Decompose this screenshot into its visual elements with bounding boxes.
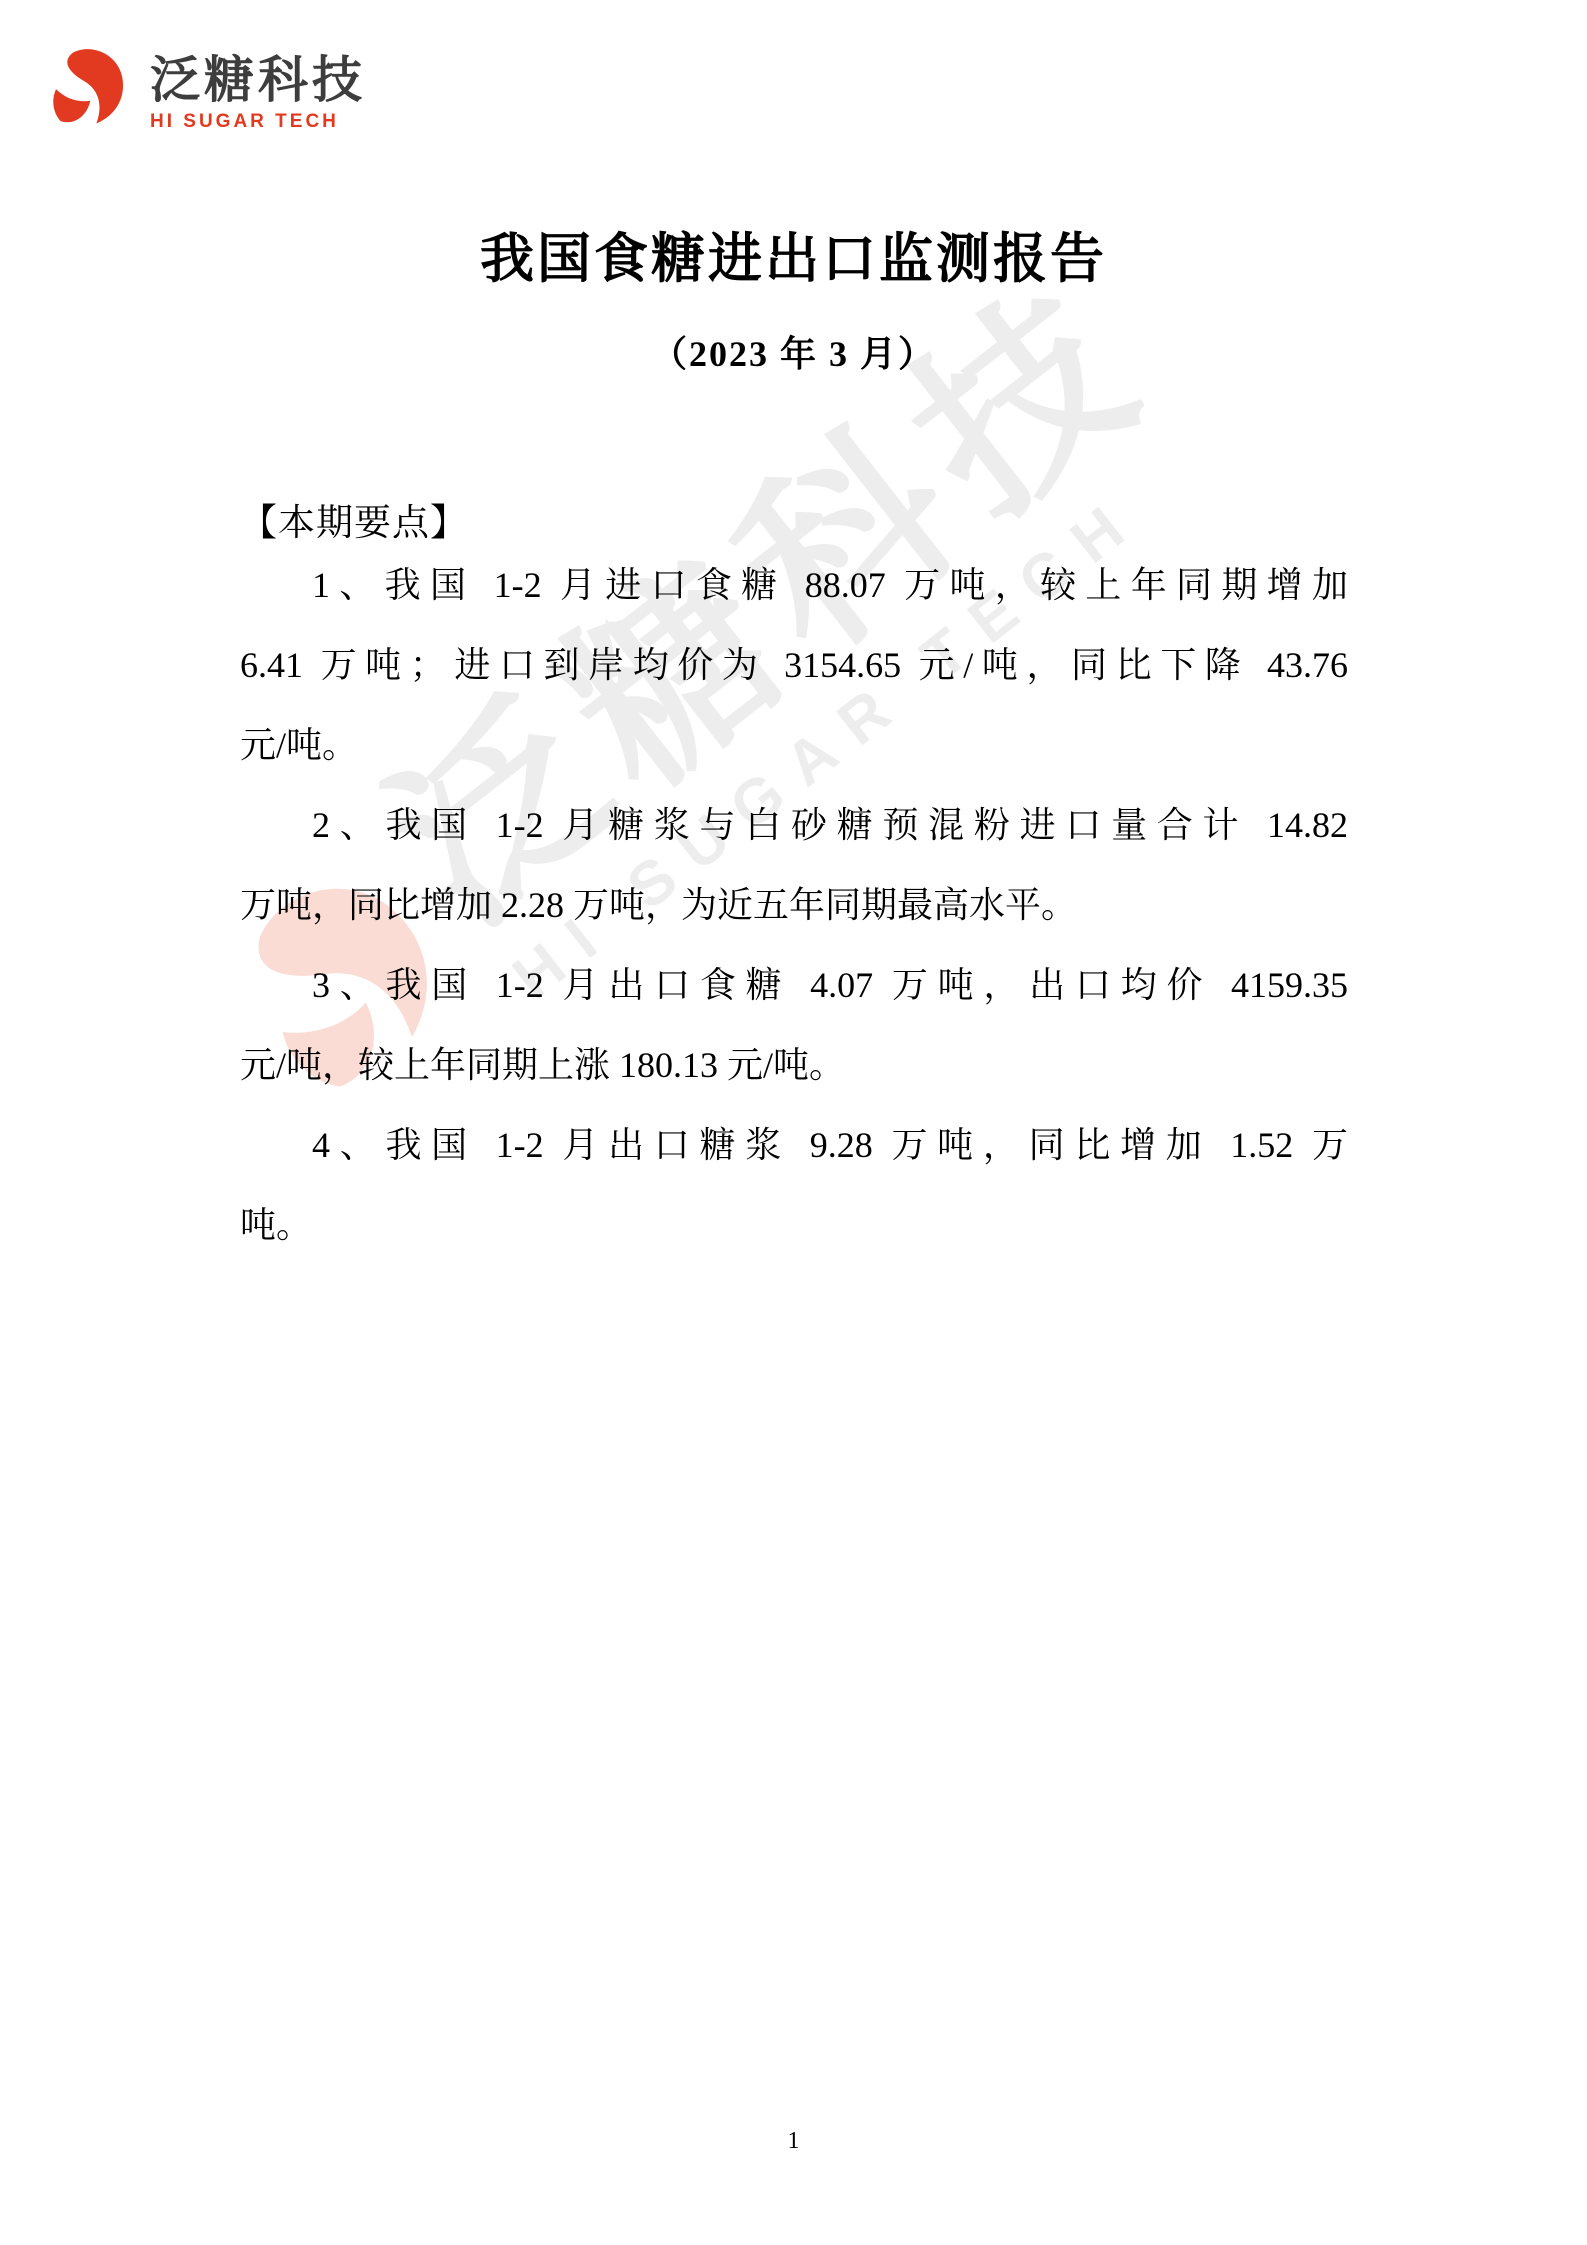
text-line: 元/吨。	[240, 705, 1348, 785]
highlight-paragraph: 1、我国 1-2 月进口食糖 88.07 万吨，较上年同期增加6.41 万吨；进…	[240, 545, 1348, 785]
text-line: 元/吨，较上年同期上涨 180.13 元/吨。	[240, 1025, 1348, 1105]
highlight-paragraph: 2、我国 1-2 月糖浆与白砂糖预混粉进口量合计 14.82万吨，同比增加 2.…	[240, 785, 1348, 945]
logo-name-cn: 泛糖科技	[150, 54, 366, 107]
highlight-paragraph: 3、我国 1-2 月出口食糖 4.07 万吨，出口均价 4159.35元/吨，较…	[240, 945, 1348, 1105]
text-line: 吨。	[240, 1185, 1348, 1265]
highlights-body: 1、我国 1-2 月进口食糖 88.07 万吨，较上年同期增加6.41 万吨；进…	[240, 545, 1348, 1265]
report-page: { "brand": { "name_cn": "泛糖科技", "name_en…	[0, 0, 1587, 2245]
logo-name-en: HI SUGAR TECH	[150, 111, 366, 133]
text-line: 2、我国 1-2 月糖浆与白砂糖预混粉进口量合计 14.82	[240, 785, 1348, 865]
logo-text: 泛糖科技 HI SUGAR TECH	[150, 54, 366, 133]
report-period: （2023 年 3 月）	[0, 335, 1587, 375]
text-line: 4、我国 1-2 月出口糖浆 9.28 万吨，同比增加 1.52 万	[240, 1105, 1348, 1185]
section-heading: 【本期要点】	[240, 503, 468, 544]
text-line: 6.41 万吨；进口到岸均价为 3154.65 元/吨，同比下降 43.76	[240, 625, 1348, 705]
brand-swoosh-icon	[50, 46, 126, 134]
text-line: 1、我国 1-2 月进口食糖 88.07 万吨，较上年同期增加	[240, 545, 1348, 625]
text-line: 万吨，同比增加 2.28 万吨，为近五年同期最高水平。	[240, 865, 1348, 945]
text-line: 3、我国 1-2 月出口食糖 4.07 万吨，出口均价 4159.35	[240, 945, 1348, 1025]
highlight-paragraph: 4、我国 1-2 月出口糖浆 9.28 万吨，同比增加 1.52 万吨。	[240, 1105, 1348, 1265]
page-title: 我国食糖进出口监测报告	[0, 230, 1587, 289]
page-number: 1	[0, 2128, 1587, 2155]
company-logo: 泛糖科技 HI SUGAR TECH	[50, 46, 366, 134]
